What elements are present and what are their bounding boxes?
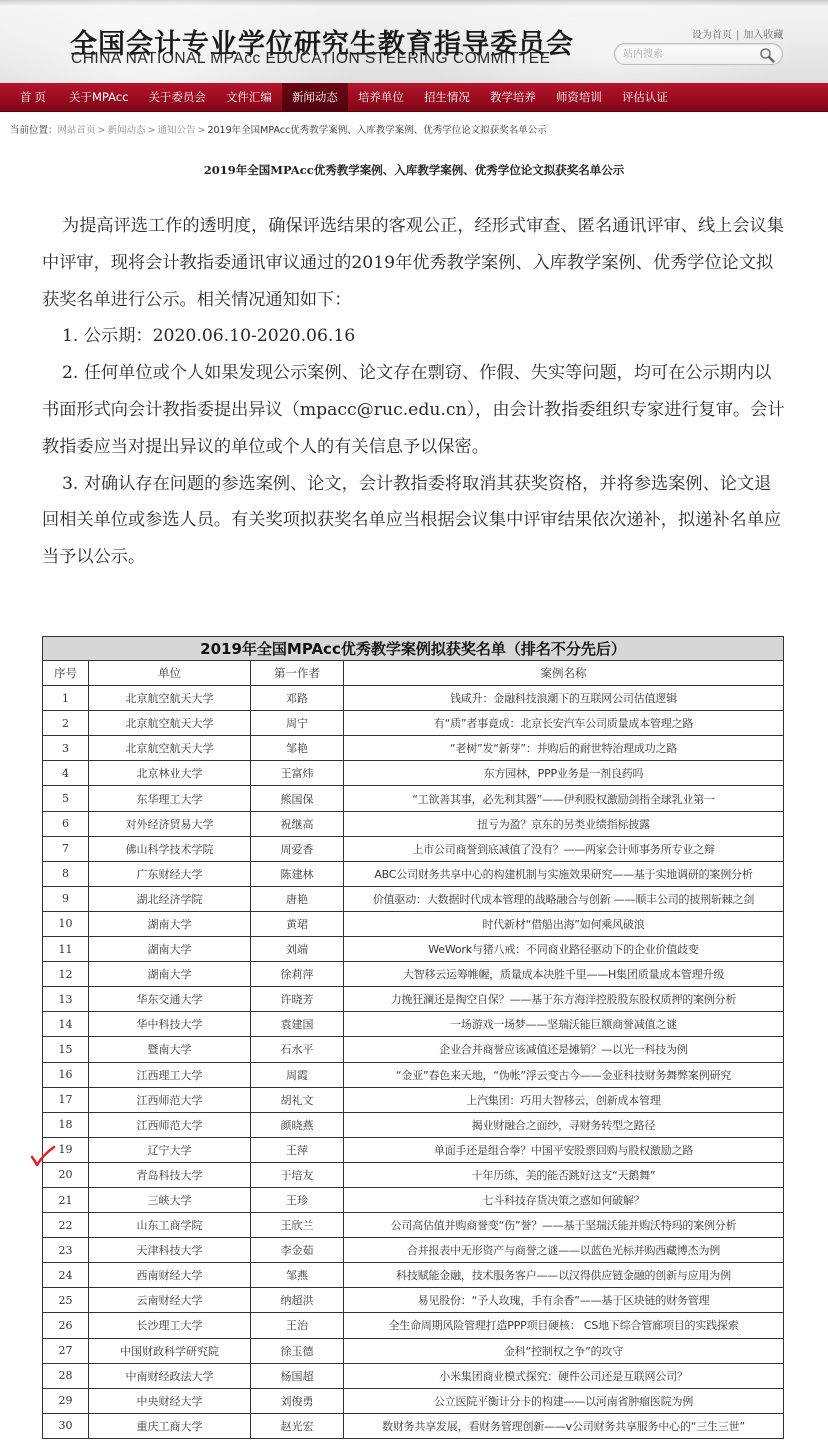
row-case-title: 力挽狂澜还是掏空自保？——基于东方海洋控股股东股权质押的案例分析 — [344, 987, 784, 1012]
row-case-title: 时代新材“借船出海”如何乘风破浪 — [344, 911, 784, 936]
row-index: 27 — [43, 1338, 89, 1363]
row-case-title: 十年历练，美的能否跳好这支“天鹅舞” — [344, 1162, 784, 1187]
row-first-author: 刘俊勇 — [251, 1388, 344, 1413]
site-header: 全国会计专业学位研究生教育指导委员会 CHINA NATIONAL MPAcc … — [0, 0, 828, 83]
row-index: 10 — [43, 911, 89, 936]
row-first-author: 王珍 — [251, 1187, 344, 1212]
table-row: 14华中科技大学袁建国一场游戏一场梦——坚瑞沃能巨额商誉减值之谜 — [43, 1012, 784, 1037]
row-index: 14 — [43, 1012, 89, 1037]
row-first-author: 邹艳 — [251, 736, 344, 761]
nav-item-documents[interactable]: 文件汇编 — [216, 83, 282, 112]
row-institution: 北京航空航天大学 — [89, 686, 251, 711]
row-institution: 中南财经政法大学 — [89, 1363, 251, 1388]
row-institution: 青岛科技大学 — [89, 1162, 251, 1187]
row-case-title: 合并报表中无形资产与商誉之谜——以蓝色光标并购西藏博杰为例 — [344, 1238, 784, 1263]
article-title: 2019年全国MPAcc优秀教学案例、入库教学案例、优秀学位论文拟获奖名单公示 — [0, 162, 828, 178]
table-row: 29中央财经大学刘俊勇公立医院平衡计分卡的构建——以河南省肿瘤医院为例 — [43, 1388, 784, 1413]
row-case-title: 公司高估值并购商誉变“伤”誉？——基于坚瑞沃能并购沃特玛的案例分析 — [344, 1213, 784, 1238]
row-first-author: 黄珺 — [251, 911, 344, 936]
breadcrumb-separator: > — [98, 125, 106, 136]
row-first-author: 王富炜 — [251, 761, 344, 786]
table-row: 2北京航空航天大学周宁有“质”者事竟成：北京长安汽车公司质量成本管理之路 — [43, 711, 784, 736]
row-first-author: 李金茹 — [251, 1238, 344, 1263]
row-index: 9 — [43, 886, 89, 911]
row-institution: 辽宁大学 — [89, 1137, 251, 1162]
header-index: 序号 — [43, 661, 89, 686]
row-institution: 天津科技大学 — [89, 1238, 251, 1263]
row-first-author: 周霞 — [251, 1062, 344, 1087]
row-institution: 三峡大学 — [89, 1187, 251, 1212]
nav-item-about-committee[interactable]: 关于委员会 — [138, 83, 216, 112]
breadcrumb-home[interactable]: 网站首页 — [58, 125, 96, 136]
row-case-title: 单面手还是组合拳？中国平安股票回购与股权激励之路 — [344, 1137, 784, 1162]
row-index: 23 — [43, 1238, 89, 1263]
row-first-author: 王治 — [251, 1313, 344, 1338]
row-first-author: 于培友 — [251, 1162, 344, 1187]
table-row: 25云南财经大学纳超洪易见股份：“予人玫瑰，手有余香”——基于区块链的财务管理 — [43, 1288, 784, 1313]
table-row: 16江西理工大学周霞“金亚”春色来天地，“伪帐”浮云变古今——金亚科技财务舞弊案… — [43, 1062, 784, 1087]
row-institution: 北京航空航天大学 — [89, 711, 251, 736]
table-row: 10湖南大学黄珺时代新材“借船出海”如何乘风破浪 — [43, 911, 784, 936]
breadcrumb-prefix: 当前位置： — [10, 125, 58, 136]
row-index: 7 — [43, 836, 89, 861]
row-first-author: 王萍 — [251, 1137, 344, 1162]
row-institution: 江西理工大学 — [89, 1062, 251, 1087]
breadcrumb-current: 2019年全国MPAcc优秀教学案例、入库教学案例、优秀学位论文拟获奖名单公示 — [207, 125, 546, 136]
row-case-title: 七斗科技存货决策之惑如何破解？ — [344, 1187, 784, 1212]
row-index: 11 — [43, 937, 89, 962]
article-body: 为提高评选工作的透明度，确保评选结果的客观公正，经形式审查、匿名通讯评审、线上会… — [42, 208, 787, 576]
set-homepage-link[interactable]: 设为首页 — [692, 30, 732, 41]
row-case-title: 揭业财融合之面纱，寻财务转型之路径 — [344, 1112, 784, 1137]
row-index: 15 — [43, 1037, 89, 1062]
row-first-author: 邓路 — [251, 686, 344, 711]
row-institution: 暨南大学 — [89, 1037, 251, 1062]
table-row: 7佛山科学技术学院周爱香上市公司商誉到底减值了没有？——两家会计师事务所专业之辩 — [43, 836, 784, 861]
table-row: 17江西师范大学胡礼文上汽集团：巧用大智移云，创新成本管理 — [43, 1087, 784, 1112]
table-row: 8广东财经大学陈建林ABC公司财务共享中心的构建机制与实施效果研究——基于实地调… — [43, 861, 784, 886]
table-row: 12湖南大学徐莉萍大智移云运筹帷幄，质量成本决胜千里——H集团质量成本管理升级 — [43, 962, 784, 987]
row-case-title: WeWork与猪八戒：不同商业路径驱动下的企业价值歧变 — [344, 937, 784, 962]
row-first-author: 周爱香 — [251, 836, 344, 861]
row-index: 30 — [43, 1413, 89, 1438]
row-institution: 华中科技大学 — [89, 1012, 251, 1037]
row-index: 2 — [43, 711, 89, 736]
row-case-title: 金科“控制权之争”的攻守 — [344, 1338, 784, 1363]
article-paragraph: 2. 任何单位或个人如果发现公示案例、论文存在剽窃、作假、失实等问题，均可在公示… — [42, 355, 787, 465]
row-case-title: “老树”发“新芽”：并购后的耐世特治理成功之路 — [344, 736, 784, 761]
header-first-author: 第一作者 — [251, 661, 344, 686]
nav-item-accreditation[interactable]: 评估认证 — [612, 83, 678, 112]
row-case-title: “金亚”春色来天地，“伪帐”浮云变古今——金亚科技财务舞弊案例研究 — [344, 1062, 784, 1087]
row-case-title: “工欲善其事，必先利其器”——伊利股权激励剑指全球乳业第一 — [344, 786, 784, 811]
row-first-author: 纳超洪 — [251, 1288, 344, 1313]
row-index: 17 — [43, 1087, 89, 1112]
table-row: 27中国财政科学研究院徐玉德金科“控制权之争”的攻守 — [43, 1338, 784, 1363]
row-institution: 西南财经大学 — [89, 1263, 251, 1288]
row-first-author: 石水平 — [251, 1037, 344, 1062]
nav-item-news[interactable]: 新闻动态 — [282, 83, 348, 112]
row-institution: 江西师范大学 — [89, 1112, 251, 1137]
article-paragraph: 3. 对确认存在问题的参选案例、论文，会计教指委将取消其获奖资格，并将参选案例、… — [42, 466, 787, 576]
row-institution: 北京林业大学 — [89, 761, 251, 786]
row-institution: 中央财经大学 — [89, 1388, 251, 1413]
row-first-author: 徐莉萍 — [251, 962, 344, 987]
table-row: 9湖北经济学院唐艳价值驱动：大数据时代成本管理的战略融合与创新 ——顺丰公司的披… — [43, 886, 784, 911]
table-row: 18江西师范大学颜晓燕揭业财融合之面纱，寻财务转型之路径 — [43, 1112, 784, 1137]
row-case-title: 数财务共享发展，看财务管理创新——v公司财务共享服务中心的“三生三世” — [344, 1413, 784, 1438]
row-institution: 中国财政科学研究院 — [89, 1338, 251, 1363]
table-row: 11湖南大学刘端WeWork与猪八戒：不同商业路径驱动下的企业价值歧变 — [43, 937, 784, 962]
row-index: 12 — [43, 962, 89, 987]
row-index: 26 — [43, 1313, 89, 1338]
row-institution: 湖南大学 — [89, 962, 251, 987]
table-caption: 2019年全国MPAcc优秀教学案例拟获奖名单（排名不分先后） — [43, 637, 784, 661]
row-first-author: 许晓芳 — [251, 987, 344, 1012]
row-index: 29 — [43, 1388, 89, 1413]
row-index: 22 — [43, 1213, 89, 1238]
nav-item-about-mpacc[interactable]: 关于MPAcc — [59, 83, 138, 112]
header-case-title: 案例名称 — [344, 661, 784, 686]
top-links: 设为首页|加入收藏 — [692, 26, 783, 41]
table-row: 26长沙理工大学王治全生命周期风险管理打造PPP项目硬核： CS地下综合管廊项目… — [43, 1313, 784, 1338]
row-index: 13 — [43, 987, 89, 1012]
row-first-author: 熊国保 — [251, 786, 344, 811]
table-row: 3北京航空航天大学邹艳“老树”发“新芽”：并购后的耐世特治理成功之路 — [43, 736, 784, 761]
row-index: 25 — [43, 1288, 89, 1313]
article-paragraph: 为提高评选工作的透明度，确保评选结果的客观公正，经形式审查、匿名通讯评审、线上会… — [42, 208, 787, 318]
row-case-title: 公立医院平衡计分卡的构建——以河南省肿瘤医院为例 — [344, 1388, 784, 1413]
row-case-title: 大智移云运筹帷幄，质量成本决胜千里——H集团质量成本管理升级 — [344, 962, 784, 987]
row-institution: 湖北经济学院 — [89, 886, 251, 911]
row-first-author: 周宁 — [251, 711, 344, 736]
row-index: 6 — [43, 811, 89, 836]
row-institution: 东华理工大学 — [89, 786, 251, 811]
row-index: 16 — [43, 1062, 89, 1087]
row-first-author: 祝继高 — [251, 811, 344, 836]
nav-item-teaching[interactable]: 教学培养 — [480, 83, 546, 112]
row-case-title: 全生命周期风险管理打造PPP项目硬核： CS地下综合管廊项目的实践探索 — [344, 1313, 784, 1338]
search-input[interactable] — [623, 47, 753, 62]
search-icon[interactable] — [759, 47, 775, 63]
table-row: 15暨南大学石水平企业合并商誉应该减值还是摊销？—以光一科技为例 — [43, 1037, 784, 1062]
row-institution: 北京航空航天大学 — [89, 736, 251, 761]
row-first-author: 赵光宏 — [251, 1413, 344, 1438]
table-row: 28中南财经政法大学杨国超小米集团商业模式探究：硬件公司还是互联网公司？ — [43, 1363, 784, 1388]
row-first-author: 王欣兰 — [251, 1213, 344, 1238]
table-row: 5东华理工大学熊国保“工欲善其事，必先利其器”——伊利股权激励剑指全球乳业第一 — [43, 786, 784, 811]
row-institution: 云南财经大学 — [89, 1288, 251, 1313]
row-case-title: 科技赋能金融，技术服务客户——以汉得供应链金融的创新与应用为例 — [344, 1263, 784, 1288]
breadcrumb-separator: > — [198, 125, 206, 136]
table-row: 24西南财经大学邹燕科技赋能金融，技术服务客户——以汉得供应链金融的创新与应用为… — [43, 1263, 784, 1288]
row-case-title: 一场游戏一场梦——坚瑞沃能巨额商誉减值之谜 — [344, 1012, 784, 1037]
row-institution: 湖南大学 — [89, 937, 251, 962]
row-case-title: 上市公司商誉到底减值了没有？——两家会计师事务所专业之辩 — [344, 836, 784, 861]
row-first-author: 颜晓燕 — [251, 1112, 344, 1137]
breadcrumb: 当前位置：网站首页>新闻动态>通知公告>2019年全国MPAcc优秀教学案例、入… — [10, 122, 547, 136]
row-case-title: 钱咸升：金融科技浪潮下的互联网公司估值逻辑 — [344, 686, 784, 711]
row-institution: 重庆工商大学 — [89, 1413, 251, 1438]
row-case-title: 扭亏为盈？京东的另类业绩指标披露 — [344, 811, 784, 836]
row-index: 18 — [43, 1112, 89, 1137]
row-first-author: 杨国超 — [251, 1363, 344, 1388]
breadcrumb-news[interactable]: 新闻动态 — [108, 125, 146, 136]
row-index: 3 — [43, 736, 89, 761]
table-row: 19辽宁大学王萍单面手还是组合拳？中国平安股票回购与股权激励之路 — [43, 1137, 784, 1162]
row-first-author: 陈建林 — [251, 861, 344, 886]
row-index: 28 — [43, 1363, 89, 1388]
table-row: 30重庆工商大学赵光宏数财务共享发展，看财务管理创新——v公司财务共享服务中心的… — [43, 1413, 784, 1438]
nav-item-faculty-training[interactable]: 师资培训 — [546, 83, 612, 112]
row-first-author: 邹燕 — [251, 1263, 344, 1288]
article-paragraph: 1. 公示期：2020.06.10-2020.06.16 — [42, 318, 787, 355]
nav-item-admissions[interactable]: 招生情况 — [414, 83, 480, 112]
row-case-title: ABC公司财务共享中心的构建机制与实施效果研究——基于实地调研的案例分析 — [344, 861, 784, 886]
link-separator: | — [736, 30, 739, 41]
table-row: 1北京航空航天大学邓路钱咸升：金融科技浪潮下的互联网公司估值逻辑 — [43, 686, 784, 711]
table-row: 13华东交通大学许晓芳力挽狂澜还是掏空自保？——基于东方海洋控股股东股权质押的案… — [43, 987, 784, 1012]
row-index: 24 — [43, 1263, 89, 1288]
logo-english: CHINA NATIONAL MPAcc EDUCATION STEERING … — [71, 50, 551, 68]
row-institution: 湖南大学 — [89, 911, 251, 936]
row-institution: 佛山科学技术学院 — [89, 836, 251, 861]
row-index: 5 — [43, 786, 89, 811]
row-case-title: 易见股份：“予人玫瑰，手有余香”——基于区块链的财务管理 — [344, 1288, 784, 1313]
row-institution: 山东工商学院 — [89, 1213, 251, 1238]
row-index: 21 — [43, 1187, 89, 1212]
search-box — [614, 43, 783, 65]
row-institution: 华东交通大学 — [89, 987, 251, 1012]
table-row: 22山东工商学院王欣兰公司高估值并购商誉变“伤”誉？——基于坚瑞沃能并购沃特玛的… — [43, 1213, 784, 1238]
award-table: 2019年全国MPAcc优秀教学案例拟获奖名单（排名不分先后） 序号 单位 第一… — [42, 636, 784, 1439]
breadcrumb-separator: > — [148, 125, 156, 136]
row-first-author: 唐艳 — [251, 886, 344, 911]
row-institution: 对外经济贸易大学 — [89, 811, 251, 836]
row-index: 8 — [43, 861, 89, 886]
row-first-author: 徐玉德 — [251, 1338, 344, 1363]
main-nav: 首页 关于MPAcc 关于委员会 文件汇编 新闻动态 培养单位 招生情况 教学培… — [0, 83, 828, 112]
table-header-row: 序号 单位 第一作者 案例名称 — [43, 661, 784, 686]
nav-item-home[interactable]: 首页 — [10, 83, 59, 112]
row-first-author: 刘端 — [251, 937, 344, 962]
row-index: 4 — [43, 761, 89, 786]
table-caption-row: 2019年全国MPAcc优秀教学案例拟获奖名单（排名不分先后） — [43, 637, 784, 661]
row-first-author: 袁建国 — [251, 1012, 344, 1037]
table-row: 20青岛科技大学于培友十年历练，美的能否跳好这支“天鹅舞” — [43, 1162, 784, 1187]
row-index: 1 — [43, 686, 89, 711]
row-case-title: 东方园林，PPP业务是一剂良药吗 — [344, 761, 784, 786]
row-institution: 长沙理工大学 — [89, 1313, 251, 1338]
table-body: 1北京航空航天大学邓路钱咸升：金融科技浪潮下的互联网公司估值逻辑2北京航空航天大… — [43, 686, 784, 1439]
row-case-title: 企业合并商誉应该减值还是摊销？—以光一科技为例 — [344, 1037, 784, 1062]
nav-item-training-units[interactable]: 培养单位 — [348, 83, 414, 112]
row-case-title: 有“质”者事竟成：北京长安汽车公司质量成本管理之路 — [344, 711, 784, 736]
breadcrumb-notices[interactable]: 通知公告 — [157, 125, 195, 136]
add-favorite-link[interactable]: 加入收藏 — [743, 30, 783, 41]
table-row: 4北京林业大学王富炜东方园林，PPP业务是一剂良药吗 — [43, 761, 784, 786]
row-first-author: 胡礼文 — [251, 1087, 344, 1112]
table-row: 6对外经济贸易大学祝继高扭亏为盈？京东的另类业绩指标披露 — [43, 811, 784, 836]
table-row: 21三峡大学王珍七斗科技存货决策之惑如何破解？ — [43, 1187, 784, 1212]
row-case-title: 价值驱动：大数据时代成本管理的战略融合与创新 ——顺丰公司的披荆斩棘之剑 — [344, 886, 784, 911]
header-institution: 单位 — [89, 661, 251, 686]
checkmark-icon — [30, 1145, 56, 1167]
table-row: 23天津科技大学李金茹合并报表中无形资产与商誉之谜——以蓝色光标并购西藏博杰为例 — [43, 1238, 784, 1263]
row-institution: 江西师范大学 — [89, 1087, 251, 1112]
row-case-title: 上汽集团：巧用大智移云，创新成本管理 — [344, 1087, 784, 1112]
row-case-title: 小米集团商业模式探究：硬件公司还是互联网公司？ — [344, 1363, 784, 1388]
row-institution: 广东财经大学 — [89, 861, 251, 886]
